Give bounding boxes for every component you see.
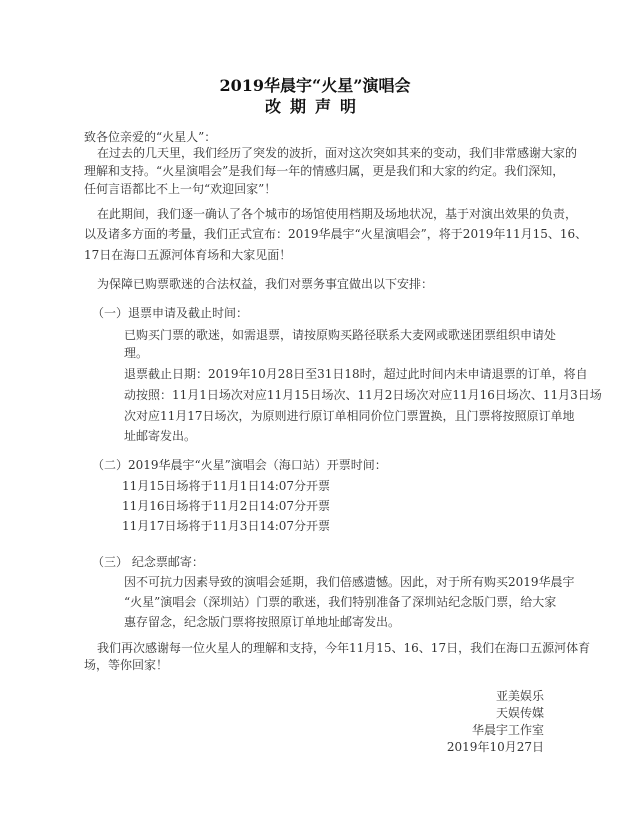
para2-line: 17日在海口五源河体育场和大家见面！: [84, 247, 291, 263]
section1-heading: （一）退票申请及截止时间：: [92, 305, 248, 321]
section3-heading: （三） 纪念票邮寄：: [92, 554, 204, 570]
document-subtitle: 改期声明: [0, 94, 630, 117]
section1-line: 次对应11月17日场次，为原则进行原订单相同价位门票置换，且门票将按照原订单地: [124, 408, 575, 424]
section3-line: “火星”演唱会（深圳站）门票的歌迷，我们特别准备了深圳站纪念版门票，给大家: [124, 594, 556, 610]
ticket-time-line: 11月16日场将于11月2日14:07分开票: [122, 498, 330, 514]
section1-line: 址邮寄发出。: [124, 428, 196, 444]
para3: 为保障已购票歌迷的合法权益，我们对票务事宜做出以下安排：: [97, 276, 433, 292]
document-title: 2019华晨宇“火星”演唱会: [0, 73, 630, 96]
para2-line: 以及诸多方面的考量，我们正式宣布：2019华晨宇“火星演唱会”，将于2019年1…: [84, 226, 587, 242]
ticket-time-line: 11月17日场将于11月3日14:07分开票: [122, 518, 330, 534]
para2-line: 在此期间，我们逐一确认了各个城市的场馆使用档期及场地状况，基于对演出效果的负责，: [97, 206, 577, 222]
section3-line: 因不可抗力因素导致的演唱会延期，我们倍感遗憾。因此，对于所有购买2019华晨宇: [124, 574, 575, 590]
closing-line: 场，等你回家！: [84, 657, 168, 673]
signature-org1: 亚美娱乐: [496, 688, 544, 704]
section1-line: 动按照：11月1日场次对应11月15日场次、11月2日场次对应11月16日场次、…: [124, 387, 602, 403]
para1-line: 在过去的几天里，我们经历了突发的波折，面对这次突如其来的变动，我们非常感谢大家的: [97, 145, 577, 161]
announcement-page: 2019华晨宇“火星”演唱会 改期声明 致各位亲爱的“火星人”： 在过去的几天里…: [0, 0, 630, 822]
closing-line: 我们再次感谢每一位火星人的理解和支持，今年11月15、16、17日，我们在海口五…: [97, 640, 590, 656]
signature-org3: 华晨宇工作室: [472, 722, 544, 738]
greeting: 致各位亲爱的“火星人”：: [84, 129, 216, 145]
section1-line: 退票截止日期：2019年10月28日至31日18时，超过此时间内未申请退票的订单…: [124, 366, 588, 382]
section2-heading: （二）2019华晨宇“火星”演唱会（海口站）开票时间：: [92, 457, 387, 473]
ticket-time-line: 11月15日场将于11月1日14:07分开票: [122, 478, 330, 494]
section1-line: 已购买门票的歌迷，如需退票，请按原购买路径联系大麦网或歌迷团票组织申请处: [124, 327, 556, 343]
section1-line: 理。: [124, 345, 148, 361]
signature-date: 2019年10月27日: [447, 739, 544, 755]
signature-org2: 天娱传媒: [496, 705, 544, 721]
para1-line: 任何言语都比不上一句“欢迎回家”！: [84, 181, 276, 197]
para1-line: 理解和支持。“火星演唱会”是我们每一年的情感归属，更是我们和大家的约定。我们深知…: [84, 163, 564, 179]
section3-line: 惠存留念，纪念版门票将按照原订单地址邮寄发出。: [124, 614, 400, 630]
